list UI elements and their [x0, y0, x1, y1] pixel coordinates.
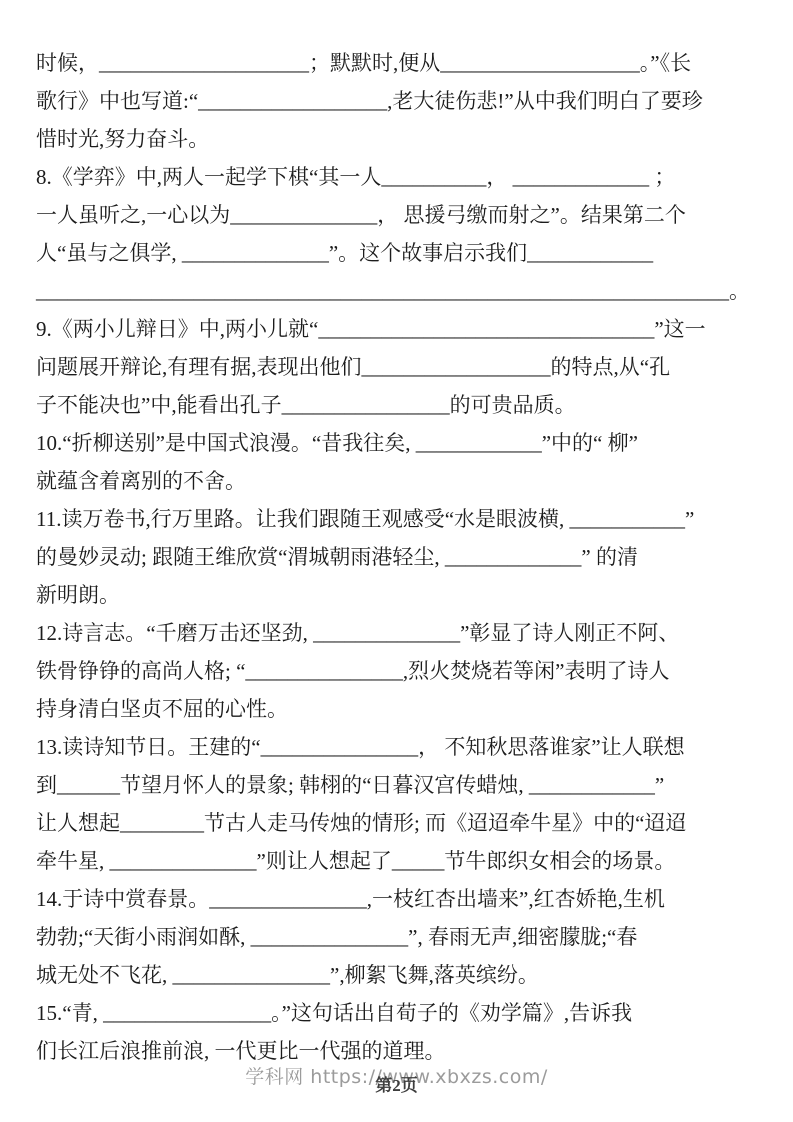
text-line: 人“虽与之俱学, ______________”。这个故事启示我们_______…	[36, 234, 759, 272]
text-line: 铁骨铮铮的高尚人格; “_______________,烈火焚烧若等闲”表明了诗…	[36, 652, 759, 690]
text-line-question-10: 10.“折柳送别”是中国式浪漫。“昔我往矣, ____________”中的“ …	[36, 424, 759, 462]
blank-answer-line: ________________________________________…	[36, 272, 759, 310]
text-line-question-14: 14.于诗中赏春景。_______________,一枝红杏出墙来”,红杏娇艳,…	[36, 880, 759, 918]
text-line: 时候，____________________；默默时,便从__________…	[36, 44, 759, 82]
worksheet-content: 时候，____________________；默默时,便从__________…	[36, 44, 759, 1070]
page-number: 第2页	[375, 1071, 418, 1096]
text-line: 牵牛星, ______________”则让人想起了_____节牛郎织女相会的场…	[36, 842, 759, 880]
text-line-question-8: 8.《学弈》中,两人一起学下棋“其一人__________， _________…	[36, 158, 759, 196]
page-footer: 学科网 https://www.xbxzs.com/ 第2页	[0, 1058, 793, 1108]
text-line: 持身清白坚贞不屈的心性。	[36, 690, 759, 728]
text-line: 到______节望月怀人的景象; 韩栩的“日暮汉宫传蜡烛, __________…	[36, 766, 759, 804]
text-line-question-13: 13.读诗知节日。王建的“_______________， 不知秋思落谁家”让人…	[36, 728, 759, 766]
text-line-question-15: 15.“青, ________________。”这句话出自荀子的《劝学篇》,告…	[36, 994, 759, 1032]
worksheet-page: 时候，____________________；默默时,便从__________…	[0, 0, 793, 1122]
text-line: 让人想起________节古人走马传烛的情形; 而《迢迢牵牛星》中的“迢迢	[36, 804, 759, 842]
text-line: 歌行》中也写道:“__________________,老大徒伤悲!”从中我们明…	[36, 82, 759, 120]
text-line: 子不能决也”中,能看出孔子________________的可贵品质。	[36, 386, 759, 424]
text-line-question-12: 12.诗言志。“千磨万击还坚劲, ______________”彰显了诗人刚正不…	[36, 614, 759, 652]
text-line: 新明朗。	[36, 576, 759, 614]
text-line: 勃勃;“天街小雨润如酥, _______________”, 春雨无声,细密朦胧…	[36, 918, 759, 956]
text-line: 就蕴含着离别的不舍。	[36, 462, 759, 500]
text-line: 城无处不飞花, _______________”,柳絮飞舞,落英缤纷。	[36, 956, 759, 994]
text-line: 的曼妙灵动; 跟随王维欣赏“渭城朝雨港轻尘, _____________” 的清	[36, 538, 759, 576]
text-line-question-9: 9.《两小儿辩日》中,两小儿就“________________________…	[36, 310, 759, 348]
text-line: 惜时光,努力奋斗。	[36, 120, 759, 158]
text-line: 一人虽听之,一心以为______________， 思援弓缴而射之”。结果第二个	[36, 196, 759, 234]
text-line-question-11: 11.读万卷书,行万里路。让我们跟随王观感受“水是眼波横, __________…	[36, 500, 759, 538]
text-line: 问题展开辩论,有理有据,表现出他们__________________的特点,从…	[36, 348, 759, 386]
